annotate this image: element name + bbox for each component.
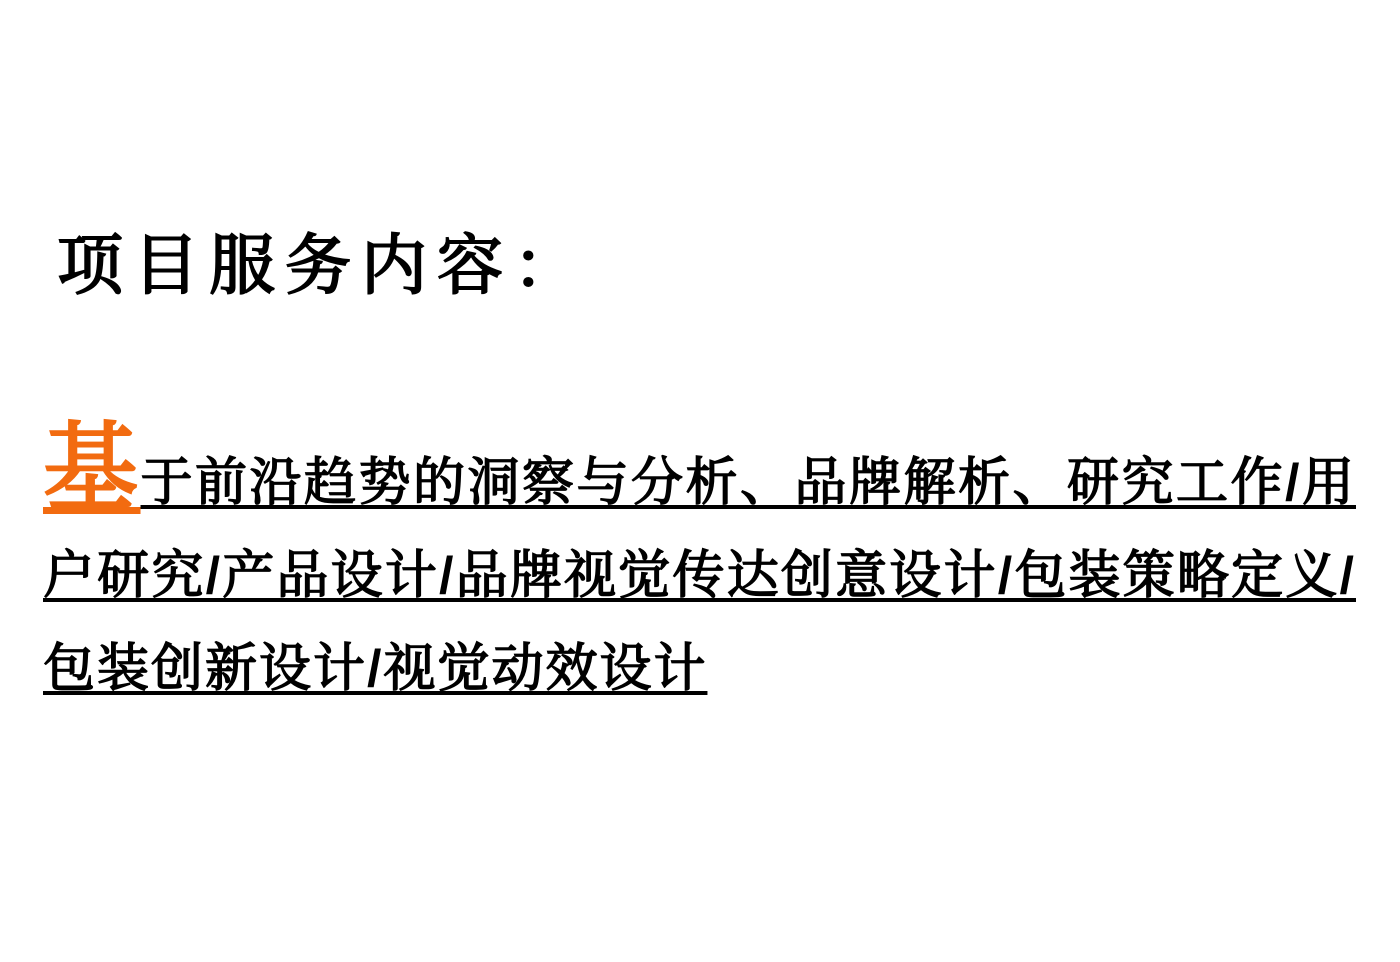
drop-cap-accent-char: 基: [43, 415, 141, 521]
description-line-1-text: 于前沿趋势的洞察与分析、品牌解析、研究工作/用: [141, 454, 1356, 512]
description-line-3: 包装创新设计/视觉动效设计: [43, 623, 1356, 716]
page-title: 项目服务内容：: [57, 232, 589, 298]
description-line-3-text: 包装创新设计/视觉动效设计: [43, 640, 707, 698]
description-line-2-text: 户研究/产品设计/品牌视觉传达创意设计/包装策略定义/: [43, 547, 1356, 605]
description-line-1: 基于前沿趋势的洞察与分析、品牌解析、研究工作/用: [43, 437, 1356, 530]
service-description: 基于前沿趋势的洞察与分析、品牌解析、研究工作/用 户研究/产品设计/品牌视觉传达…: [43, 437, 1356, 716]
document-page: 项目服务内容： 基于前沿趋势的洞察与分析、品牌解析、研究工作/用 户研究/产品设…: [0, 0, 1400, 962]
description-line-2: 户研究/产品设计/品牌视觉传达创意设计/包装策略定义/: [43, 530, 1356, 623]
